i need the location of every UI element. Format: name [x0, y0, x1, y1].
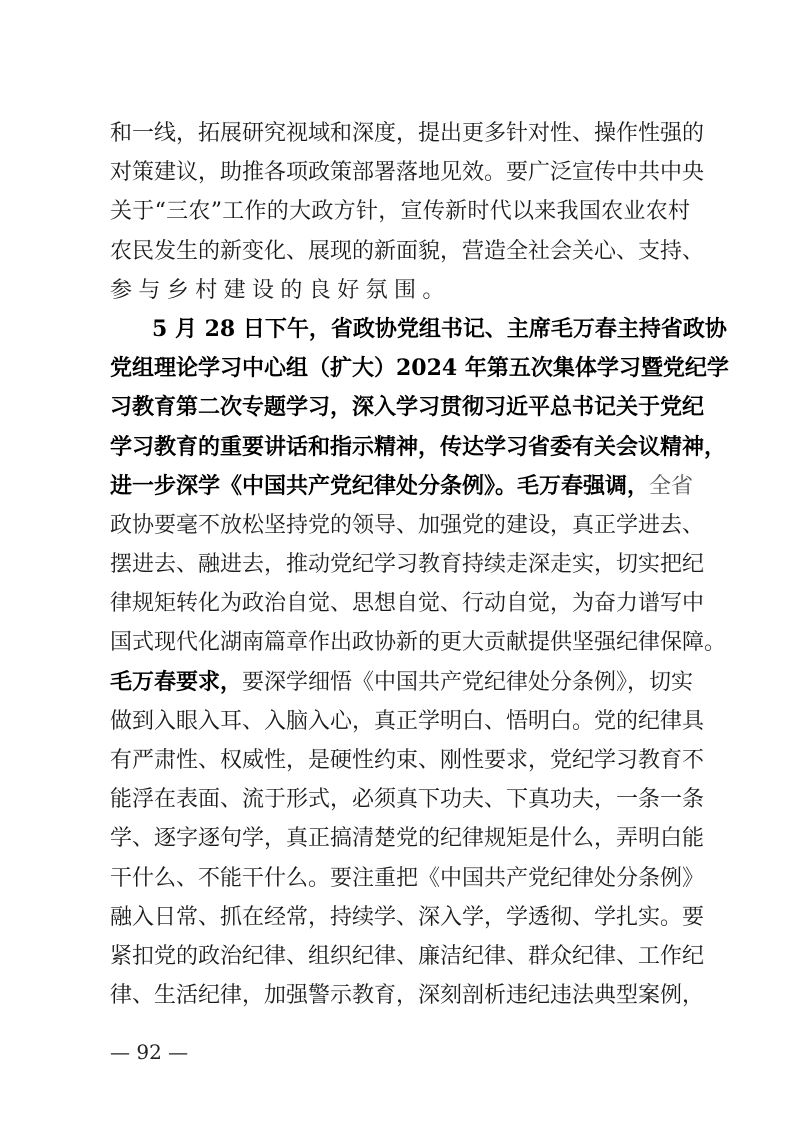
text-line: 参与乡村建设的良好氛围。 — [110, 271, 690, 310]
body-text: 和一线，拓展研究视域和深度，提出更多针对性、操作性强的 对策建议，助推各项政策部… — [110, 114, 690, 1015]
page-number: — 92 — — [110, 1040, 188, 1064]
text-line: 做到入眼入耳、入脑入心，真正学明白、悟明白。党的纪律具 — [110, 702, 690, 741]
text-line: 政协要毫不放松坚持党的领导、加强党的建设，真正学进去、 — [110, 506, 690, 545]
text-line: 对策建议，助推各项政策部署落地见效。要广泛宣传中共中央 — [110, 153, 690, 192]
bold-lead-text: 毛万春要求， — [110, 669, 242, 695]
text-line: 能浮在表面、流于形式，必须真下功夫、下真功夫，一条一条 — [110, 780, 690, 819]
bold-lead-line: 党组理论学习中心组（扩大）2024 年第五次集体学习暨党纪学 — [110, 349, 690, 388]
bold-lead-line: 学习教育的重要讲话和指示精神，传达学习省委有关会议精神， — [110, 428, 690, 467]
text-line: 紧扣党的政治纪律、组织纪律、廉洁纪律、群众纪律、工作纪 — [110, 937, 690, 976]
bold-lead-line: 习教育第二次专题学习，深入学习贯彻习近平总书记关于党纪 — [110, 388, 690, 427]
text-line: 融入日常、抓在经常，持续学、深入学，学透彻、学扎实。要 — [110, 898, 690, 937]
mixed-line: 毛万春要求，要深学细悟《中国共产党纪律处分条例》，切实 — [110, 663, 690, 702]
document-page: 和一线，拓展研究视域和深度，提出更多针对性、操作性强的 对策建议，助推各项政策部… — [0, 0, 793, 1122]
text-line: 和一线，拓展研究视域和深度，提出更多针对性、操作性强的 — [110, 114, 690, 153]
text-line: 农民发生的新变化、展现的新面貌，营造全社会关心、支持、 — [110, 232, 690, 271]
text-line: 关于“三农”工作的大政方针，宣传新时代以来我国农业农村 — [110, 192, 690, 231]
bold-lead-line: 5 月 28 日下午，省政协党组书记、主席毛万春主持省政协 — [110, 310, 690, 349]
mixed-line: 进一步深学《中国共产党纪律处分条例》。毛万春强调，全省 — [110, 467, 690, 506]
text-line: 有严肃性、权威性，是硬性约束、刚性要求，党纪学习教育不 — [110, 741, 690, 780]
text-span: 全省 — [649, 474, 693, 499]
text-line: 律规矩转化为政治自觉、思想自觉、行动自觉，为奋力谱写中 — [110, 584, 690, 623]
text-line: 摆进去、融进去，推动党纪学习教育持续走深走实，切实把纪 — [110, 545, 690, 584]
bold-lead-text: 进一步深学《中国共产党纪律处分条例》。毛万春强调， — [110, 473, 649, 499]
text-line: 学、逐字逐句学，真正搞清楚党的纪律规矩是什么，弄明白能 — [110, 819, 690, 858]
text-line: 律、生活纪律，加强警示教育，深刻剖析违纪违法典型案例， — [110, 976, 690, 1015]
text-span: 要深学细悟《中国共产党纪律处分条例》，切实 — [242, 670, 693, 695]
text-line: 国式现代化湖南篇章作出政协新的更大贡献提供坚强纪律保障。 — [110, 623, 690, 662]
text-line: 干什么、不能干什么。要注重把《中国共产党纪律处分条例》 — [110, 859, 690, 898]
